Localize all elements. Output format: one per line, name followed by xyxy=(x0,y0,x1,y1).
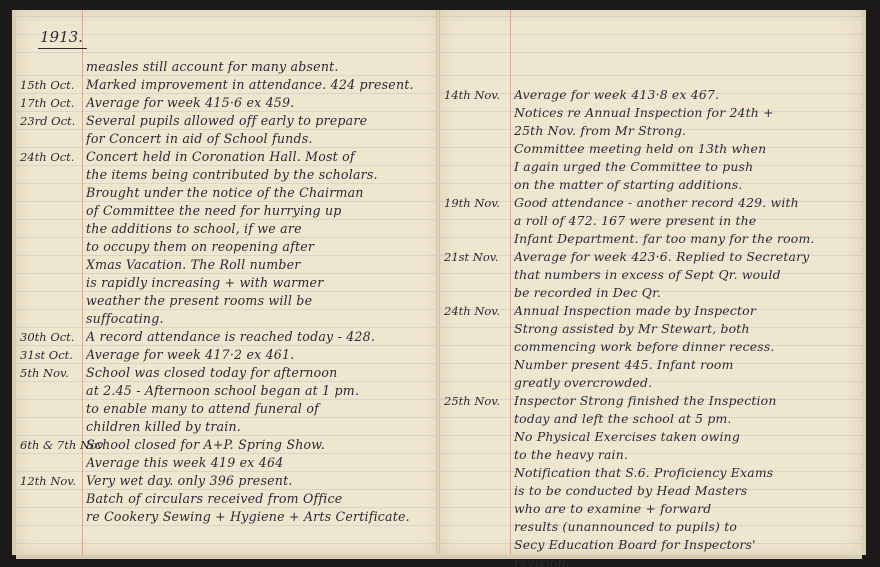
entry-text: Average for week 413·8 ex 467.Notices re… xyxy=(508,86,862,194)
handwritten-line: I again urged the Committee to push xyxy=(514,158,858,176)
log-entry: 6th & 7th Nov.School closed for A+P. Spr… xyxy=(16,436,440,472)
handwritten-line: Infant Department. far too many for the … xyxy=(514,230,858,248)
entry-text: Very wet day. only 396 present.Batch of … xyxy=(80,472,440,526)
handwritten-line: Very wet day. only 396 present. xyxy=(86,472,436,490)
entry-text: School was closed today for afternoonat … xyxy=(80,364,440,436)
entry-text: Several pupils allowed off early to prep… xyxy=(80,112,440,148)
handwritten-line: commencing work before dinner recess. xyxy=(514,338,858,356)
page-edge xyxy=(440,555,862,559)
entry-date: 5th Nov. xyxy=(16,364,80,436)
entry-text: A record attendance is reached today - 4… xyxy=(80,328,440,346)
handwritten-line: Good attendance - another record 429. wi… xyxy=(514,194,858,212)
entry-text: Average for week 415·6 ex 459. xyxy=(80,94,440,112)
log-entry: 12th Nov.Very wet day. only 396 present.… xyxy=(16,472,440,526)
handwritten-line: Average this week 419 ex 464 xyxy=(86,454,436,472)
handwritten-line: Brought under the notice of the Chairman xyxy=(86,184,436,202)
log-entry: measles still account for many absent. xyxy=(16,58,440,76)
handwritten-line: Notification that S.6. Proficiency Exams xyxy=(514,464,858,482)
handwritten-line: No Physical Exercises taken owing xyxy=(514,428,858,446)
handwritten-line: Several pupils allowed off early to prep… xyxy=(86,112,436,130)
entry-date: 21st Nov. xyxy=(440,248,508,302)
entry-date: 25th Nov. xyxy=(440,392,508,567)
entry-date: 23rd Oct. xyxy=(16,112,80,148)
handwritten-line: of Committee the need for hurrying up xyxy=(86,202,436,220)
handwritten-line: Marked improvement in attendance. 424 pr… xyxy=(86,76,436,94)
handwritten-line: Batch of circulars received from Office xyxy=(86,490,436,508)
handwritten-line: is to be conducted by Head Masters xyxy=(514,482,858,500)
entry-text: Good attendance - another record 429. wi… xyxy=(508,194,862,248)
log-entry: 30th Oct.A record attendance is reached … xyxy=(16,328,440,346)
handwritten-line: today and left the school at 5 pm. xyxy=(514,410,858,428)
log-entry: 24th Nov.Annual Inspection made by Inspe… xyxy=(440,302,862,392)
handwritten-line: School closed for A+P. Spring Show. xyxy=(86,436,436,454)
log-entry: 19th Nov.Good attendance - another recor… xyxy=(440,194,862,248)
handwritten-line: to the heavy rain. xyxy=(514,446,858,464)
entry-date: 30th Oct. xyxy=(16,328,80,346)
handwritten-line: to occupy them on reopening after xyxy=(86,238,436,256)
entry-text: Average for week 423·6. Replied to Secre… xyxy=(508,248,862,302)
handwritten-line: measles still account for many absent. xyxy=(86,58,436,76)
handwritten-line: Inspector Strong finished the Inspection xyxy=(514,392,858,410)
handwritten-line: Average for week 415·6 ex 459. xyxy=(86,94,436,112)
entry-date: 31st Oct. xyxy=(16,346,80,364)
handwritten-line: to enable many to attend funeral of xyxy=(86,400,436,418)
entry-date xyxy=(16,58,80,76)
log-entry: 15th Oct.Marked improvement in attendanc… xyxy=(16,76,440,94)
handwritten-line: children killed by train. xyxy=(86,418,436,436)
entry-date: 24th Nov. xyxy=(440,302,508,392)
left-page: 1913. measles still account for many abs… xyxy=(12,10,440,555)
handwritten-line: weather the present rooms will be xyxy=(86,292,436,310)
entry-date: 12th Nov. xyxy=(16,472,80,526)
entry-date: 17th Oct. xyxy=(16,94,80,112)
handwritten-line: results (unannounced to pupils) to xyxy=(514,518,858,536)
handwritten-line: Annual Inspection made by Inspector xyxy=(514,302,858,320)
handwritten-line: Secy Education Board for Inspectors' xyxy=(514,536,858,554)
entry-text: Annual Inspection made by InspectorStron… xyxy=(508,302,862,392)
handwritten-line: Number present 445. Infant room xyxy=(514,356,858,374)
log-entry: 23rd Oct.Several pupils allowed off earl… xyxy=(16,112,440,148)
entry-date: 14th Nov. xyxy=(440,86,508,194)
handwritten-line: the additions to school, if we are xyxy=(86,220,436,238)
handwritten-line: for Concert in aid of School funds. xyxy=(86,130,436,148)
entry-date: 6th & 7th Nov. xyxy=(16,436,80,472)
handwritten-line: suffocating. xyxy=(86,310,436,328)
entry-text: School closed for A+P. Spring Show.Avera… xyxy=(80,436,440,472)
handwritten-line: Average for week 417·2 ex 461. xyxy=(86,346,436,364)
left-entries: measles still account for many absent.15… xyxy=(16,58,440,526)
right-entries: 14th Nov.Average for week 413·8 ex 467.N… xyxy=(440,86,862,567)
handwritten-line: a roll of 472. 167 were present in the xyxy=(514,212,858,230)
entry-text: Concert held in Coronation Hall. Most of… xyxy=(80,148,440,328)
handwritten-line: School was closed today for afternoon xyxy=(86,364,436,382)
handwritten-line: who are to examine + forward xyxy=(514,500,858,518)
handwritten-line: Strong assisted by Mr Stewart, both xyxy=(514,320,858,338)
handwritten-line: 25th Nov. from Mr Strong. xyxy=(514,122,858,140)
log-entry: 5th Nov.School was closed today for afte… xyxy=(16,364,440,436)
entry-text: measles still account for many absent. xyxy=(80,58,440,76)
handwritten-line: greatly overcrowded. xyxy=(514,374,858,392)
log-entry: 21st Nov.Average for week 423·6. Replied… xyxy=(440,248,862,302)
log-entry: 14th Nov.Average for week 413·8 ex 467.N… xyxy=(440,86,862,194)
handwritten-line: that numbers in excess of Sept Qr. would xyxy=(514,266,858,284)
handwritten-line: Xmas Vacation. The Roll number xyxy=(86,256,436,274)
handwritten-line: is rapidly increasing + with warmer xyxy=(86,274,436,292)
entry-date: 24th Oct. xyxy=(16,148,80,328)
page-edge xyxy=(16,555,440,559)
right-page: 14th Nov.Average for week 413·8 ex 467.N… xyxy=(440,10,866,555)
logbook-spread: 1913. measles still account for many abs… xyxy=(0,0,880,567)
entry-text: Average for week 417·2 ex 461. xyxy=(80,346,440,364)
log-entry: 25th Nov.Inspector Strong finished the I… xyxy=(440,392,862,567)
entry-text: Inspector Strong finished the Inspection… xyxy=(508,392,862,567)
handwritten-line: on the matter of starting additions. xyxy=(514,176,858,194)
handwritten-line: Concert held in Coronation Hall. Most of xyxy=(86,148,436,166)
year-heading: 1913. xyxy=(38,28,87,49)
entry-date: 15th Oct. xyxy=(16,76,80,94)
log-entry: 24th Oct.Concert held in Coronation Hall… xyxy=(16,148,440,328)
handwritten-line: Average for week 423·6. Replied to Secre… xyxy=(514,248,858,266)
handwritten-line: at 2.45 - Afternoon school began at 1 pm… xyxy=(86,382,436,400)
handwritten-line: Notices re Annual Inspection for 24th + xyxy=(514,104,858,122)
handwritten-line: Committee meeting held on 13th when xyxy=(514,140,858,158)
handwritten-line: the items being contributed by the schol… xyxy=(86,166,436,184)
log-entry: 31st Oct.Average for week 417·2 ex 461. xyxy=(16,346,440,364)
handwritten-line: be recorded in Dec Qr. xyxy=(514,284,858,302)
handwritten-line: A record attendance is reached today - 4… xyxy=(86,328,436,346)
entry-date: 19th Nov. xyxy=(440,194,508,248)
handwritten-line: Average for week 413·8 ex 467. xyxy=(514,86,858,104)
log-entry: 17th Oct.Average for week 415·6 ex 459. xyxy=(16,94,440,112)
entry-text: Marked improvement in attendance. 424 pr… xyxy=(80,76,440,94)
handwritten-line: re Cookery Sewing + Hygiene + Arts Certi… xyxy=(86,508,436,526)
